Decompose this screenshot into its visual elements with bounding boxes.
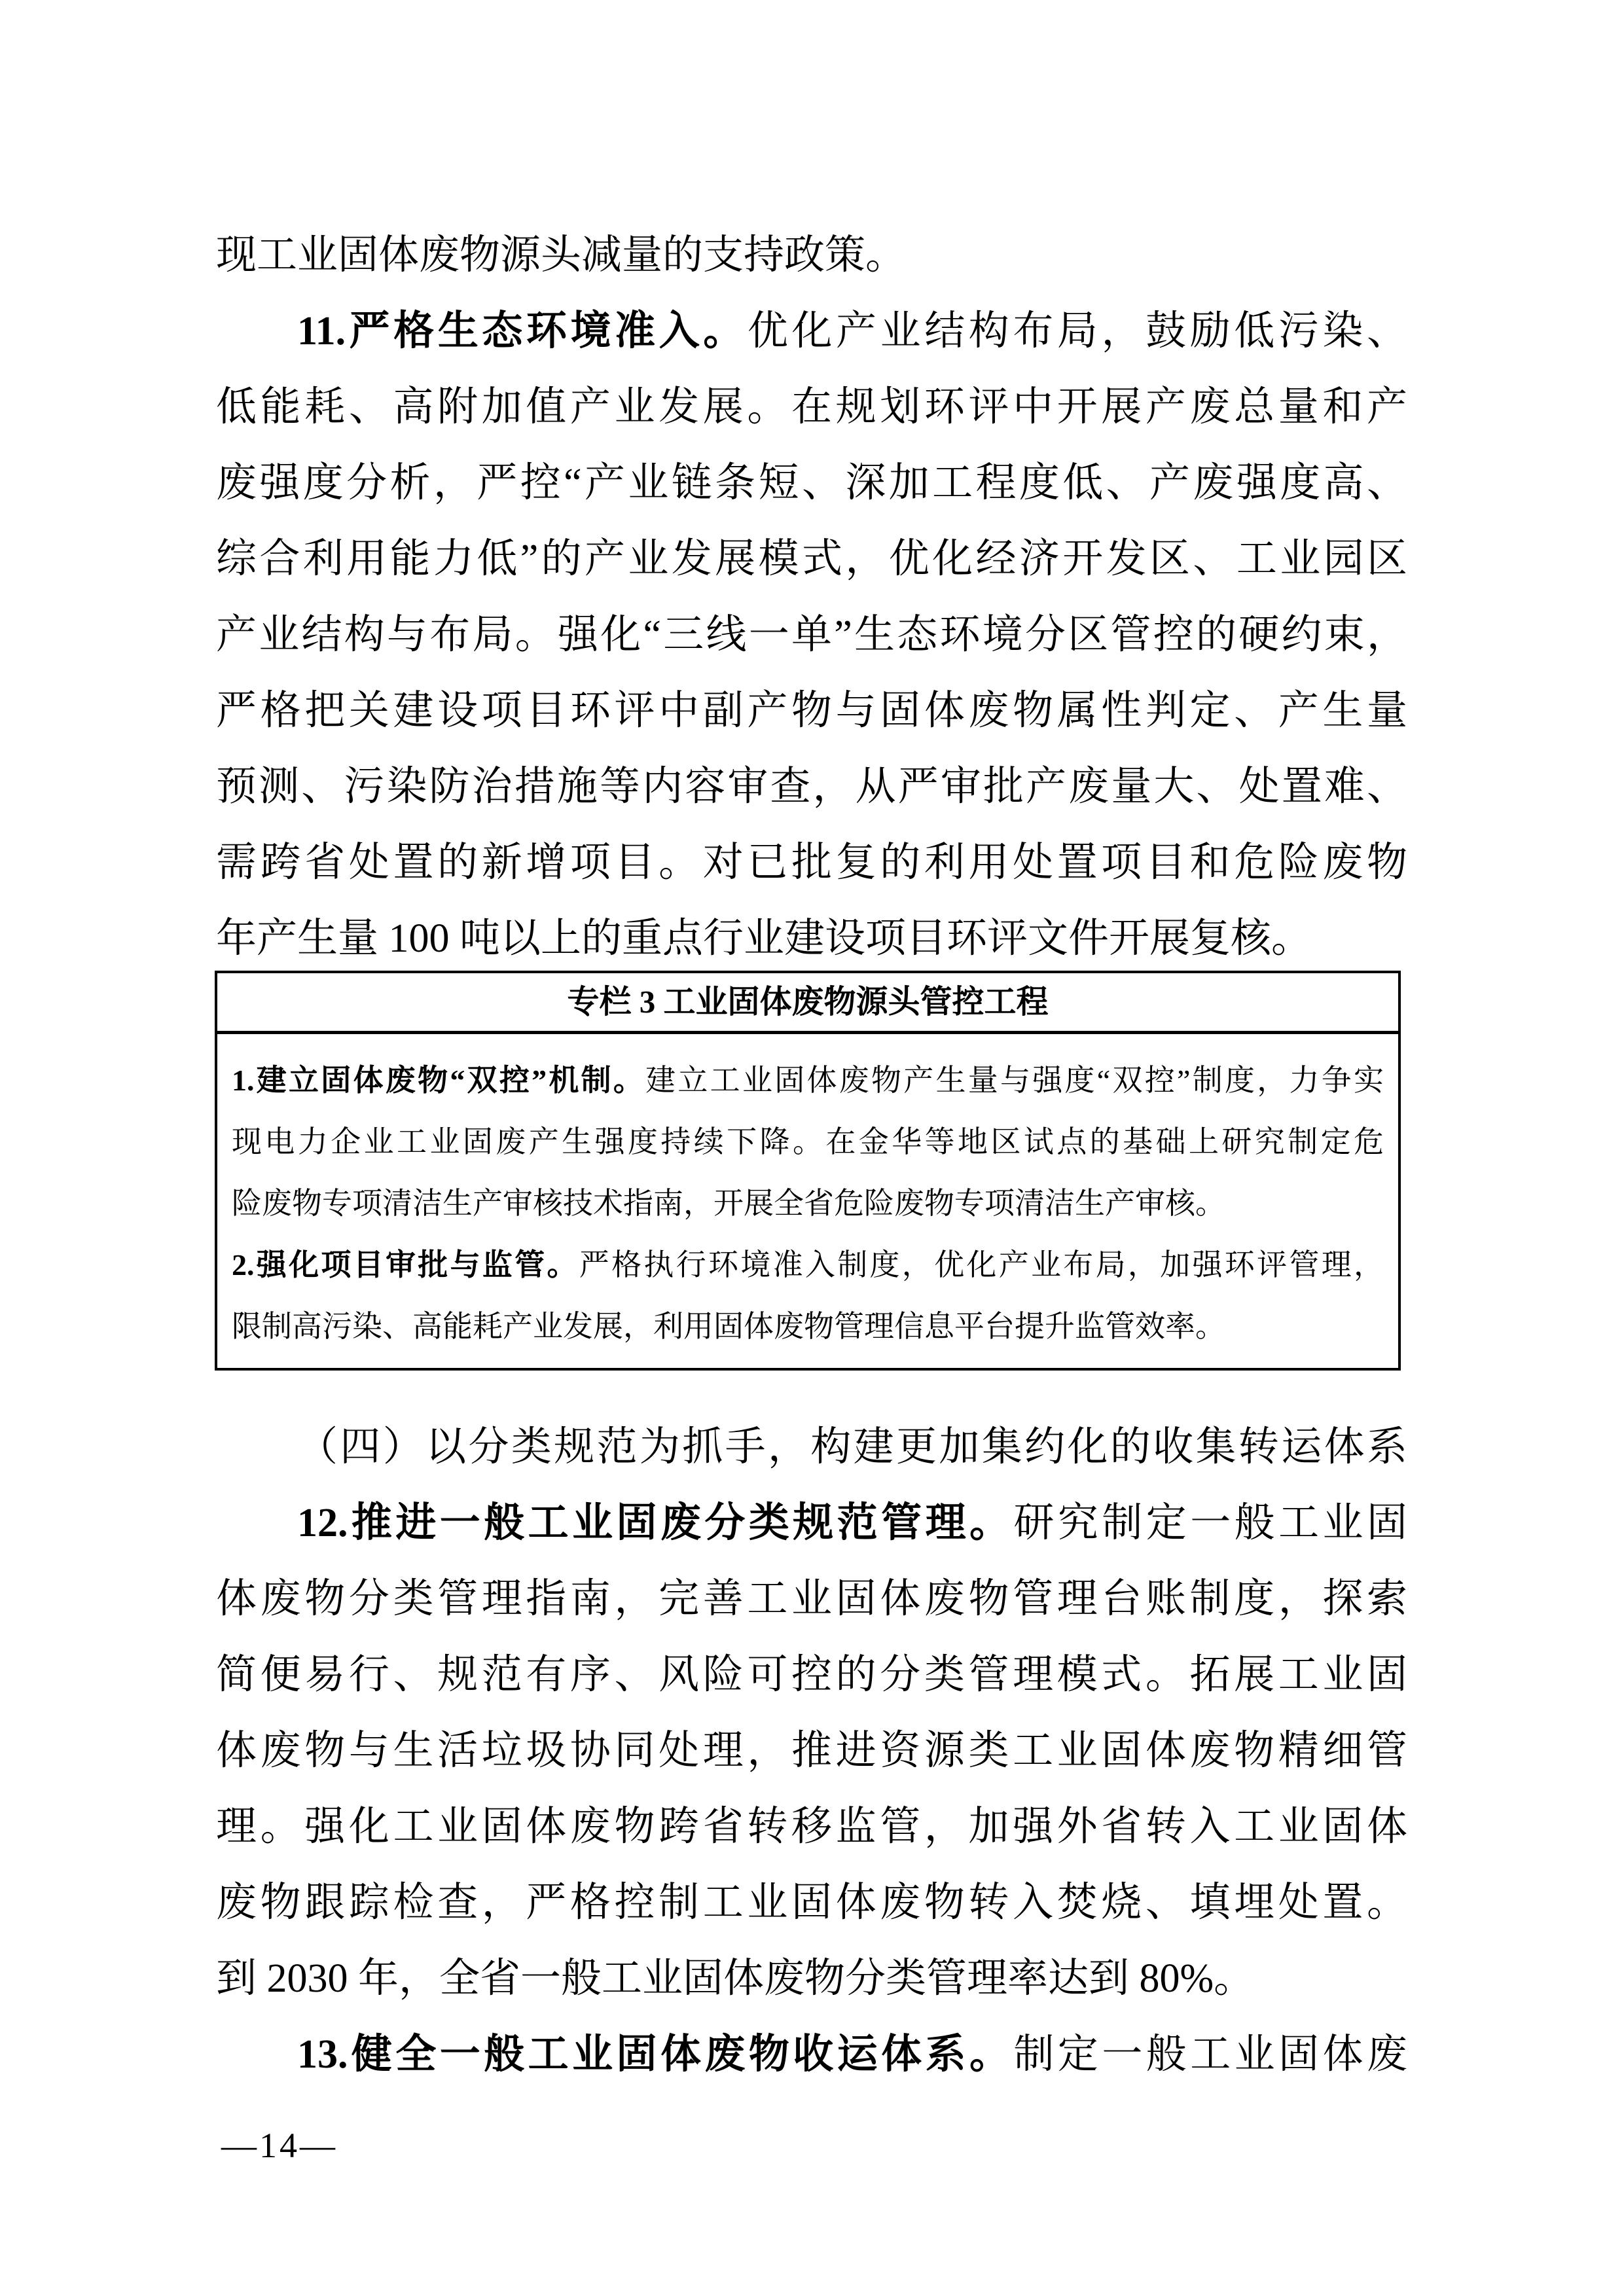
column-box-title: 专栏 3 工业固体废物源头管控工程	[217, 973, 1398, 1034]
line-text: 废强度分析，严控“产业链条短、深加工程度低、产废强度高、	[216, 461, 1407, 505]
document-page: 现工业固体废物源头减量的支持政策。 11.严格生态环境准入。优化产业结构布局，鼓…	[0, 0, 1624, 2296]
section-heading: （四）以分类规范为抓手，构建更加集约化的收集转运体系	[216, 1409, 1407, 1485]
line-text: 低能耗、高附加值产业发展。在规划环评中开展产废总量和产	[216, 385, 1407, 429]
line-text: 产业结构与布局。强化“三线一单”生态环境分区管控的硬约束，	[216, 613, 1407, 657]
body-line: 严格把关建设项目环评中副产物与固体废物属性判定、产生量	[216, 673, 1407, 749]
line-text: 优化产业结构布局，鼓励低污染、	[748, 309, 1407, 353]
line-text: 预测、污染防治措施等内容审查，从严审批产废量大、处置难、	[216, 764, 1407, 809]
line-text: 需跨省处置的新增项目。对已批复的利用处置项目和危险废物	[216, 840, 1407, 885]
line-text: 险废物专项清洁生产审核技术指南，开展全省危险废物专项清洁生产审核。	[232, 1187, 1225, 1220]
line-text: 体废物分类管理指南，完善工业固体废物管理台账制度，探索	[216, 1577, 1407, 1621]
body-line: 需跨省处置的新增项目。对已批复的利用处置项目和危险废物	[216, 825, 1407, 901]
line-text: 体废物与生活垃圾协同处理，推进资源类工业固体废物精细管	[216, 1729, 1407, 1773]
body-line: 现工业固体废物源头减量的支持政策。	[216, 217, 1407, 293]
line-text: 建立工业固体废物产生量与强度“双控”制度，力争实	[645, 1064, 1384, 1097]
body-line: 13.健全一般工业固体废物收运体系。制定一般工业固体废	[216, 2017, 1407, 2092]
line-text: （四）以分类规范为抓手，构建更加集约化的收集转运体系	[297, 1425, 1407, 1469]
line-bold-lead: 12.推进一般工业固废分类规范管理。	[297, 1501, 1013, 1545]
line-text: 严格执行环境准入制度，优化产业布局，加强环评管理，	[579, 1248, 1384, 1282]
paragraph-block-bottom: （四）以分类规范为抓手，构建更加集约化的收集转运体系 12.推进一般工业固废分类…	[216, 1409, 1407, 2092]
paragraph-block-top: 现工业固体废物源头减量的支持政策。 11.严格生态环境准入。优化产业结构布局，鼓…	[216, 217, 1407, 977]
body-line: 体废物分类管理指南，完善工业固体废物管理台账制度，探索	[216, 1561, 1407, 1637]
body-line: 年产生量 100 吨以上的重点行业建设项目环评文件开展复核。	[216, 901, 1407, 977]
line-text: 限制高污染、高能耗产业发展，利用固体废物管理信息平台提升监管效率。	[232, 1310, 1225, 1343]
line-text: 废物跟踪检查，严格控制工业固体废物转入焚烧、填埋处置。	[216, 1880, 1407, 1925]
body-line: 理。强化工业固体废物跨省转移监管，加强外省转入工业固体	[216, 1789, 1407, 1865]
body-line: 12.推进一般工业固废分类规范管理。研究制定一般工业固	[216, 1485, 1407, 1561]
body-line: 到 2030 年，全省一般工业固体废物分类管理率达到 80%。	[216, 1941, 1407, 2017]
body-line: 预测、污染防治措施等内容审查，从严审批产废量大、处置难、	[216, 749, 1407, 825]
line-text: 严格把关建设项目环评中副产物与固体废物属性判定、产生量	[216, 689, 1407, 733]
body-line: 综合利用能力低”的产业发展模式，优化经济开发区、工业园区	[216, 521, 1407, 597]
line-text: 简便易行、规范有序、风险可控的分类管理模式。拓展工业固	[216, 1653, 1407, 1697]
body-line: 体废物与生活垃圾协同处理，推进资源类工业固体废物精细管	[216, 1713, 1407, 1789]
line-text: 到 2030 年，全省一般工业固体废物分类管理率达到 80%。	[216, 1956, 1254, 2001]
line-bold-lead: 13.健全一般工业固体废物收运体系。	[297, 2032, 1013, 2077]
line-bold-lead: 11.严格生态环境准入。	[297, 309, 748, 353]
body-line: 简便易行、规范有序、风险可控的分类管理模式。拓展工业固	[216, 1637, 1407, 1713]
box-line: 险废物专项清洁生产审核技术指南，开展全省危险废物专项清洁生产审核。	[232, 1173, 1384, 1234]
body-line: 废物跟踪检查，严格控制工业固体废物转入焚烧、填埋处置。	[216, 1865, 1407, 1941]
line-text: 制定一般工业固体废	[1013, 2032, 1407, 2077]
page-number: —14—	[221, 2126, 338, 2165]
column-box-body: 1.建立固体废物“双控”机制。建立工业固体废物产生量与强度“双控”制度，力争实 …	[217, 1034, 1398, 1368]
body-line: 废强度分析，严控“产业链条短、深加工程度低、产废强度高、	[216, 445, 1407, 521]
body-line: 产业结构与布局。强化“三线一单”生态环境分区管控的硬约束，	[216, 597, 1407, 673]
line-text: 综合利用能力低”的产业发展模式，优化经济开发区、工业园区	[216, 537, 1407, 581]
body-line: 11.严格生态环境准入。优化产业结构布局，鼓励低污染、	[216, 293, 1407, 369]
box-line: 2.强化项目审批与监管。严格执行环境准入制度，优化产业布局，加强环评管理，	[232, 1234, 1384, 1296]
body-line: 低能耗、高附加值产业发展。在规划环评中开展产废总量和产	[216, 369, 1407, 445]
box-line: 限制高污染、高能耗产业发展，利用固体废物管理信息平台提升监管效率。	[232, 1296, 1384, 1357]
box-line: 现电力企业工业固废产生强度持续下降。在金华等地区试点的基础上研究制定危	[232, 1111, 1384, 1173]
column-box: 专栏 3 工业固体废物源头管控工程 1.建立固体废物“双控”机制。建立工业固体废…	[215, 971, 1401, 1371]
line-text: 研究制定一般工业固	[1013, 1501, 1407, 1545]
line-text: 现电力企业工业固废产生强度持续下降。在金华等地区试点的基础上研究制定危	[232, 1125, 1384, 1158]
line-bold-lead: 1.建立固体废物“双控”机制。	[232, 1064, 645, 1097]
line-text: 理。强化工业固体废物跨省转移监管，加强外省转入工业固体	[216, 1804, 1407, 1849]
line-bold-lead: 2.强化项目审批与监管。	[232, 1248, 579, 1282]
line-text: 年产生量 100 吨以上的重点行业建设项目环评文件开展复核。	[216, 916, 1312, 961]
line-text: 现工业固体废物源头减量的支持政策。	[216, 233, 906, 278]
box-line: 1.建立固体废物“双控”机制。建立工业固体废物产生量与强度“双控”制度，力争实	[232, 1050, 1384, 1111]
